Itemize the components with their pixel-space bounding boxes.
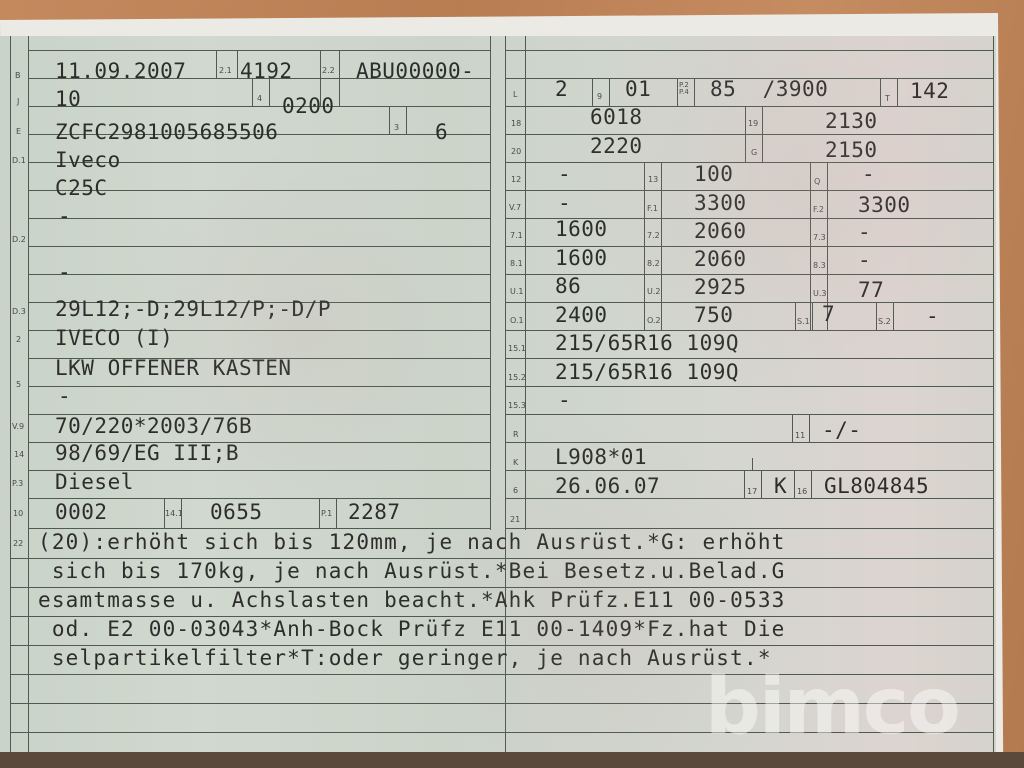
label-3: 3 bbox=[394, 124, 399, 132]
trailer-load-unbraked: 750 bbox=[694, 305, 733, 326]
label-10: 10 bbox=[13, 510, 23, 518]
label-8-1: 8.1 bbox=[510, 260, 523, 268]
label-F2: F.2 bbox=[813, 206, 824, 214]
center-divider bbox=[490, 36, 491, 530]
label-S2: S.2 bbox=[878, 318, 891, 326]
tires-axle-3: - bbox=[558, 390, 571, 411]
body-type-code: 0200 bbox=[282, 96, 335, 117]
watermark-logo: bimco bbox=[705, 668, 959, 746]
label-14: 14 bbox=[14, 451, 24, 459]
label-21: 21 bbox=[510, 516, 520, 524]
commercial-name: 29L12;-D;29L12/P;-D/P bbox=[55, 299, 331, 320]
label-V9: V.9 bbox=[12, 423, 24, 431]
label-P1: P.1 bbox=[321, 510, 332, 518]
label-8-3: 8.3 bbox=[813, 262, 826, 270]
first-registration-date: 11.09.2007 bbox=[55, 61, 186, 82]
label-9: 9 bbox=[597, 93, 602, 101]
make: Iveco bbox=[55, 150, 121, 171]
label-D3: D.3 bbox=[12, 308, 26, 316]
label-16: 16 bbox=[797, 488, 807, 496]
label-K: K bbox=[513, 459, 518, 467]
right-label-column bbox=[525, 36, 526, 530]
label-15-2: 15.2 bbox=[508, 374, 526, 382]
label-P3: P.3 bbox=[12, 480, 23, 488]
label-L: L bbox=[513, 91, 517, 99]
label-6: 6 bbox=[513, 487, 518, 495]
label-8-2: 8.2 bbox=[647, 260, 660, 268]
emission-code: 0002 bbox=[55, 502, 108, 523]
displacement: 2287 bbox=[348, 502, 401, 523]
operating-approval: K bbox=[774, 476, 787, 497]
label-7-1: 7.1 bbox=[510, 232, 523, 240]
label-15-3: 15.3 bbox=[508, 402, 526, 410]
vin: ZCFC2981005685506 bbox=[55, 122, 278, 143]
label-11: 11 bbox=[795, 432, 805, 440]
registration-document-number: GL804845 bbox=[824, 476, 929, 497]
emission-directive: 98/69/EG III;B bbox=[55, 443, 239, 464]
max-speed: 142 bbox=[910, 81, 949, 102]
label-J: J bbox=[17, 98, 19, 106]
remarks-line-1: (20):erhöht sich bis 120mm, je nach Ausr… bbox=[38, 532, 786, 553]
label-22: 22 bbox=[13, 540, 23, 548]
label-O2: O.2 bbox=[647, 317, 661, 325]
max-mass-permitted: 3300 bbox=[858, 195, 911, 216]
label-D1: D.1 bbox=[12, 157, 26, 165]
margin-line bbox=[28, 36, 29, 756]
vehicle-class: 10 bbox=[55, 89, 81, 110]
max-mass-technical: 3300 bbox=[694, 193, 747, 214]
table-edge-shadow bbox=[0, 752, 1024, 768]
co2: - bbox=[558, 193, 571, 214]
label-20: 20 bbox=[511, 148, 521, 156]
label-7-3: 7.3 bbox=[813, 234, 826, 242]
label-U3: U.3 bbox=[813, 290, 827, 298]
variant: - bbox=[58, 206, 71, 227]
label-G: G bbox=[751, 149, 757, 157]
power-weight-ratio: - bbox=[862, 164, 875, 185]
label-U1: U.1 bbox=[510, 288, 524, 296]
label-V7: V.7 bbox=[509, 204, 521, 212]
label-E: E bbox=[16, 128, 21, 136]
label-2-1: 2.1 bbox=[219, 67, 232, 75]
vehicle-class-body: LKW OFFENER KASTEN bbox=[55, 358, 292, 379]
label-18: 18 bbox=[511, 120, 521, 128]
label-O1: O.1 bbox=[510, 317, 524, 325]
tires-axle-1: 215/65R16 109Q bbox=[555, 333, 739, 354]
label-F1: F.1 bbox=[647, 205, 658, 213]
label-7-2: 7.2 bbox=[647, 232, 660, 240]
label-15-1: 15.1 bbox=[508, 345, 526, 353]
emission-code-2: 0655 bbox=[210, 502, 263, 523]
right-edge bbox=[993, 36, 994, 756]
label-2: 2 bbox=[16, 336, 21, 344]
power-rpm: 85 /3900 bbox=[710, 79, 828, 100]
label-19: 19 bbox=[748, 120, 758, 128]
label-5: 5 bbox=[16, 381, 21, 389]
label-B: B bbox=[15, 72, 21, 80]
registration-document: B 11.09.2007 2.1 4192 2.2 ABU00000- J 10… bbox=[0, 36, 996, 768]
label-17: 17 bbox=[747, 488, 757, 496]
approval-date: 26.06.07 bbox=[555, 476, 660, 497]
body-type-extra: - bbox=[58, 386, 71, 407]
tank-volume: - bbox=[558, 164, 571, 185]
label-P2-P4: P.2 P.4 bbox=[679, 82, 689, 96]
margin-line bbox=[10, 36, 11, 756]
label-U2: U.2 bbox=[647, 288, 661, 296]
label-S1: S.1 bbox=[797, 318, 810, 326]
axle-load-permitted-1: 1600 bbox=[555, 248, 608, 269]
length: 6018 bbox=[590, 107, 643, 128]
curb-weight: 2150 bbox=[825, 140, 878, 161]
axle-load-permitted-3: - bbox=[858, 250, 871, 271]
engine-speed-noise: 2925 bbox=[694, 277, 747, 298]
label-12: 12 bbox=[511, 176, 521, 184]
axle-load-permitted-2: 2060 bbox=[694, 249, 747, 270]
remarks-line-3: esamtmasse u. Achslasten beacht.*Ahk Prü… bbox=[38, 590, 786, 611]
label-13: 13 bbox=[648, 176, 658, 184]
make-type: C25C bbox=[55, 178, 108, 199]
emission-class: 70/220*2003/76B bbox=[55, 416, 252, 437]
remarks-line-2: sich bis 170kg, je nach Ausrüst.*Bei Bes… bbox=[38, 561, 786, 582]
label-R: R bbox=[513, 431, 519, 439]
label-Q: Q bbox=[814, 178, 820, 186]
type-approval-number: L908*01 bbox=[555, 447, 647, 468]
seats: 7 bbox=[822, 304, 835, 325]
label-14-1: 14.1 bbox=[165, 510, 183, 518]
trailer-load-braked: 2400 bbox=[555, 305, 608, 326]
vin-check-digit: 6 bbox=[435, 122, 448, 143]
drive-axles: 01 bbox=[625, 79, 651, 100]
fuel-type: Diesel bbox=[55, 472, 134, 493]
label-2-2: 2.2 bbox=[322, 67, 335, 75]
type-code: ABU00000- bbox=[356, 61, 474, 82]
remarks-line-5: selpartikelfilter*T:oder geringer, je na… bbox=[38, 648, 772, 669]
remarks-line-4: od. E2 00-03043*Anh-Bock Prüfz E11 00-14… bbox=[38, 619, 786, 640]
width: 2130 bbox=[825, 111, 878, 132]
axle-load-1: 1600 bbox=[555, 219, 608, 240]
drive-by-noise: 77 bbox=[858, 280, 884, 301]
height: 2220 bbox=[590, 136, 643, 157]
label-D2: D.2 bbox=[12, 236, 26, 244]
axle-load-3: - bbox=[858, 222, 871, 243]
standing-places: - bbox=[926, 306, 939, 327]
tires-axle-2: 215/65R16 109Q bbox=[555, 362, 739, 383]
axles: 2 bbox=[555, 79, 568, 100]
body-code: -/- bbox=[822, 420, 861, 441]
label-T: T bbox=[885, 95, 890, 103]
manufacturer: IVECO (I) bbox=[55, 328, 173, 349]
stationary-noise: 86 bbox=[555, 276, 581, 297]
tongue-load: 100 bbox=[694, 164, 733, 185]
label-4: 4 bbox=[257, 95, 262, 103]
axle-load-2: 2060 bbox=[694, 221, 747, 242]
version: - bbox=[58, 262, 71, 283]
